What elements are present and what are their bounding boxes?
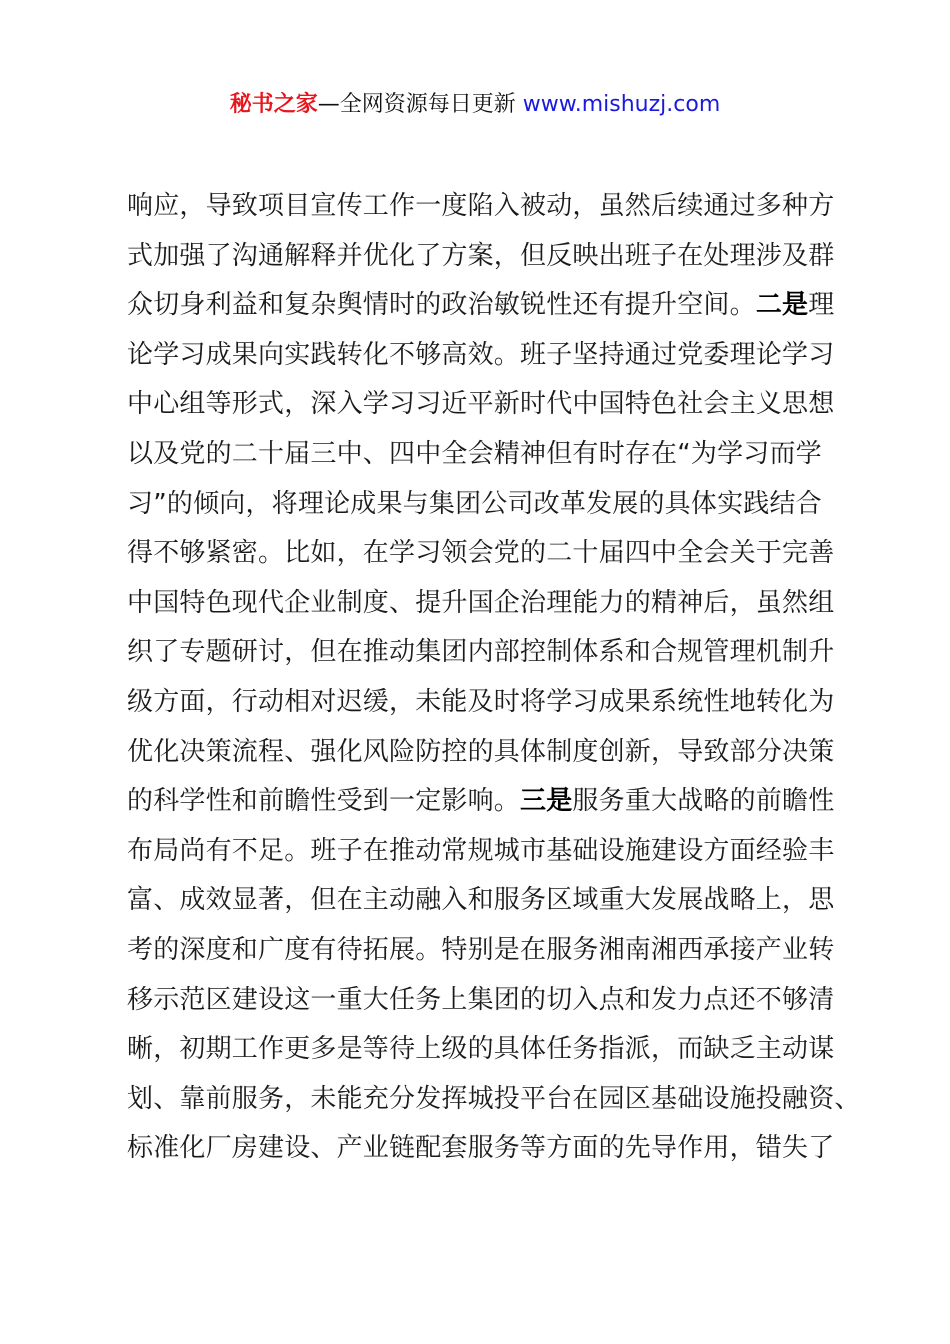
text-segment: 优化决策流程、强化风险防控的具体制度创新，导致部分决策	[127, 737, 834, 767]
text-segment: 考的深度和广度有待拓展。特别是在服务湘南湘西承接产业转	[127, 935, 834, 965]
text-line: 划、靠前服务，未能充分发挥城投平台在园区基础设施投融资、	[127, 1075, 837, 1125]
text-segment: 论学习成果向实践转化不够高效。班子坚持通过党委理论学习	[127, 340, 834, 370]
text-segment: 织了专题研讨，但在推动集团内部控制体系和合规管理机制升	[127, 637, 834, 667]
text-line: 的科学性和前瞻性受到一定影响。三是服务重大战略的前瞻性	[127, 777, 837, 827]
text-line: 考的深度和广度有待拓展。特别是在服务湘南湘西承接产业转	[127, 926, 837, 976]
text-line: 富、成效显著，但在主动融入和服务区域重大发展战略上，思	[127, 876, 837, 926]
bold-text-segment: 三是	[520, 786, 572, 816]
text-line: 移示范区建设这一重大任务上集团的切入点和发力点还不够清	[127, 976, 837, 1026]
text-segment: 中心组等形式，深入学习习近平新时代中国特色社会主义思想	[127, 389, 834, 419]
text-segment: 众切身利益和复杂舆情时的政治敏锐性还有提升空间。	[127, 290, 756, 320]
text-line: 习”的倾向，将理论成果与集团公司改革发展的具体实践结合	[127, 480, 837, 530]
text-segment: 划、靠前服务，未能充分发挥城投平台在园区基础设施投融资、	[127, 1084, 861, 1114]
text-segment: 晰，初期工作更多是等待上级的具体任务指派，而缺乏主动谋	[127, 1034, 834, 1064]
text-segment: 布局尚有不足。班子在推动常规城市基础设施建设方面经验丰	[127, 836, 834, 866]
text-line: 晰，初期工作更多是等待上级的具体任务指派，而缺乏主动谋	[127, 1025, 837, 1075]
text-line: 得不够紧密。比如，在学习领会党的二十届四中全会关于完善	[127, 529, 837, 579]
text-line: 中心组等形式，深入学习习近平新时代中国特色社会主义思想	[127, 380, 837, 430]
page-header: 秘书之家—全网资源每日更新 www.mishuzj.com	[0, 88, 950, 122]
text-segment: 级方面，行动相对迟缓，未能及时将学习成果系统性地转化为	[127, 687, 834, 717]
text-segment: 富、成效显著，但在主动融入和服务区域重大发展战略上，思	[127, 885, 834, 915]
text-segment: 的科学性和前瞻性受到一定影响。	[127, 786, 520, 816]
text-segment: 标准化厂房建设、产业链配套服务等方面的先导作用，错失了	[127, 1133, 834, 1163]
text-line: 级方面，行动相对迟缓，未能及时将学习成果系统性地转化为	[127, 678, 837, 728]
text-line: 织了专题研讨，但在推动集团内部控制体系和合规管理机制升	[127, 628, 837, 678]
text-segment: 移示范区建设这一重大任务上集团的切入点和发力点还不够清	[127, 985, 834, 1015]
text-segment: 服务重大战略的前瞻性	[572, 786, 834, 816]
text-line: 中国特色现代企业制度、提升国企治理能力的精神后，虽然组	[127, 579, 837, 629]
header-tagline: —全网资源每日更新	[318, 92, 523, 117]
text-segment: 响应，导致项目宣传工作一度陷入被动，虽然后续通过多种方	[127, 191, 834, 221]
text-line: 优化决策流程、强化风险防控的具体制度创新，导致部分决策	[127, 728, 837, 778]
text-line: 式加强了沟通解释并优化了方案，但反映出班子在处理涉及群	[127, 232, 837, 282]
text-segment: 中国特色现代企业制度、提升国企治理能力的精神后，虽然组	[127, 588, 834, 618]
text-line: 以及党的二十届三中、四中全会精神但有时存在“为学习而学	[127, 430, 837, 480]
text-line: 众切身利益和复杂舆情时的政治敏锐性还有提升空间。二是理	[127, 281, 837, 331]
text-line: 论学习成果向实践转化不够高效。班子坚持通过党委理论学习	[127, 331, 837, 381]
text-segment: 理	[808, 290, 834, 320]
text-line: 布局尚有不足。班子在推动常规城市基础设施建设方面经验丰	[127, 827, 837, 877]
text-line: 响应，导致项目宣传工作一度陷入被动，虽然后续通过多种方	[127, 182, 837, 232]
text-segment: 习”的倾向，将理论成果与集团公司改革发展的具体实践结合	[127, 489, 822, 519]
bold-text-segment: 二是	[756, 290, 808, 320]
text-segment: 以及党的二十届三中、四中全会精神但有时存在“为学习而学	[127, 439, 822, 469]
text-line: 标准化厂房建设、产业链配套服务等方面的先导作用，错失了	[127, 1124, 837, 1174]
brand-name: 秘书之家	[230, 92, 318, 117]
text-segment: 式加强了沟通解释并优化了方案，但反映出班子在处理涉及群	[127, 241, 834, 271]
site-url-link[interactable]: www.mishuzj.com	[523, 92, 720, 117]
text-segment: 得不够紧密。比如，在学习领会党的二十届四中全会关于完善	[127, 538, 834, 568]
document-body: 响应，导致项目宣传工作一度陷入被动，虽然后续通过多种方式加强了沟通解释并优化了方…	[127, 182, 837, 1174]
